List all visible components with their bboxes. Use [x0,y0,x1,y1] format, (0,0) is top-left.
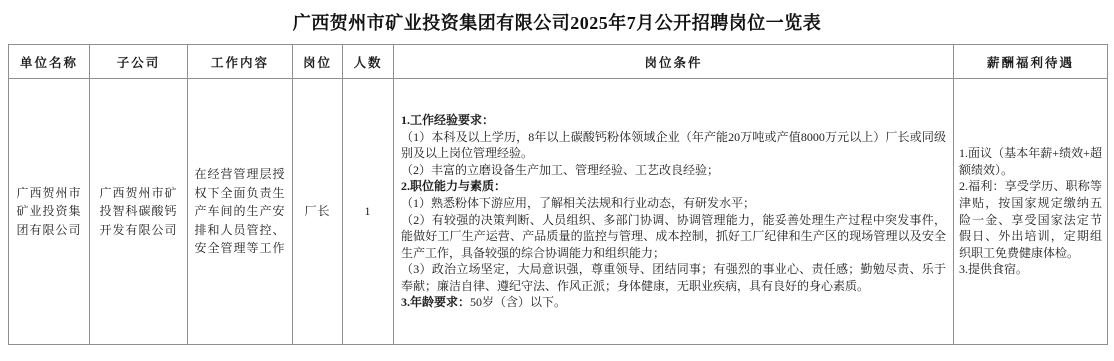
page-title: 广西贺州市矿业投资集团有限公司2025年7月公开招聘岗位一览表 [293,9,822,35]
requirement-item: 1.工作经验要求： [401,112,946,129]
cell-subsidiary: 广西贺州市矿投智科碳酸钙开发有限公司 [90,79,188,345]
requirement-item: 2.职位能力与素质： [401,178,946,195]
header-cell-unit-name: 单位名称 [9,45,90,79]
header-cell-subsidiary: 子公司 [90,45,188,79]
recruitment-table: 单位名称 子公司 工作内容 岗位 人数 岗位条件 薪酬福利待遇 广西贺州市矿业投… [8,44,1108,345]
table-header-row: 单位名称 子公司 工作内容 岗位 人数 岗位条件 薪酬福利待遇 [9,45,1108,79]
requirement-heading: 3.年龄要求： [401,295,470,309]
cell-requirements: 1.工作经验要求： （1）本科及以上学历，8年以上碳酸钙粉体领域企业（年产能20… [394,79,954,345]
requirement-item: （1）熟悉粉体下游应用，了解相关法规和行业动态，有研发水平； [401,195,946,212]
benefit-item: 2.福利：享受学历、职称等津贴，按国家规定缴纳五险一金、享受国家法定节假日、外出… [959,178,1102,261]
requirement-text: （1）本科及以上学历，8年以上碳酸钙粉体领域企业（年产能20万吨或产值8000万… [401,130,946,161]
requirement-text: （2）有较强的决策判断、人员组织、多部门协调、协调管理能力，能妥善处理生产过程中… [401,213,946,260]
cell-job-content: 在经营管理层授权下全面负责生产车间的生产安排和人员管控、安全管理等工作 [188,79,293,345]
requirement-item: 3.年龄要求：50岁（含）以下。 [401,294,946,311]
benefit-item: 3.提供食宿。 [959,261,1102,278]
benefit-item: 1.面议（基本年薪+绩效+超额绩效）。 [959,145,1102,178]
requirement-item: （1）本科及以上学历，8年以上碳酸钙粉体领域企业（年产能20万吨或产值8000万… [401,129,946,162]
cell-benefits: 1.面议（基本年薪+绩效+超额绩效）。 2.福利：享受学历、职称等津贴，按国家规… [954,79,1108,345]
requirement-text: 50岁（含）以下。 [470,295,566,309]
requirement-heading: 1.工作经验要求： [401,113,494,127]
recruitment-roster-page: 广西贺州市矿业投资集团有限公司2025年7月公开招聘岗位一览表 单位名称 子公司… [0,0,1114,361]
header-cell-requirements: 岗位条件 [394,45,954,79]
cell-headcount: 1 [343,79,394,345]
requirement-item: （2）有较强的决策判断、人员组织、多部门协调、协调管理能力，能妥善处理生产过程中… [401,212,946,262]
table-row: 广西贺州市矿业投资集团有限公司 广西贺州市矿投智科碳酸钙开发有限公司 在经营管理… [9,79,1108,345]
header-cell-job-content: 工作内容 [188,45,293,79]
header-cell-benefits: 薪酬福利待遇 [954,45,1108,79]
requirement-text: （2）丰富的立磨设备生产加工、管理经验、工艺改良经验； [401,163,719,177]
requirement-item: （2）丰富的立磨设备生产加工、管理经验、工艺改良经验； [401,162,946,179]
cell-unit-name: 广西贺州市矿业投资集团有限公司 [9,79,90,345]
requirement-item: （3）政治立场坚定，大局意识强，尊重领导、团结同事；有强烈的事业心、责任感；勤勉… [401,261,946,294]
title-bar: 广西贺州市矿业投资集团有限公司2025年7月公开招聘岗位一览表 [0,0,1114,44]
requirement-text: （1）熟悉粉体下游应用，了解相关法规和行业动态，有研发水平； [401,196,755,210]
header-cell-headcount: 人数 [343,45,394,79]
requirement-heading: 2.职位能力与素质： [401,179,506,193]
header-cell-position: 岗位 [293,45,343,79]
cell-position: 厂长 [293,79,343,345]
requirement-text: （3）政治立场坚定，大局意识强，尊重领导、团结同事；有强烈的事业心、责任感；勤勉… [401,262,946,293]
